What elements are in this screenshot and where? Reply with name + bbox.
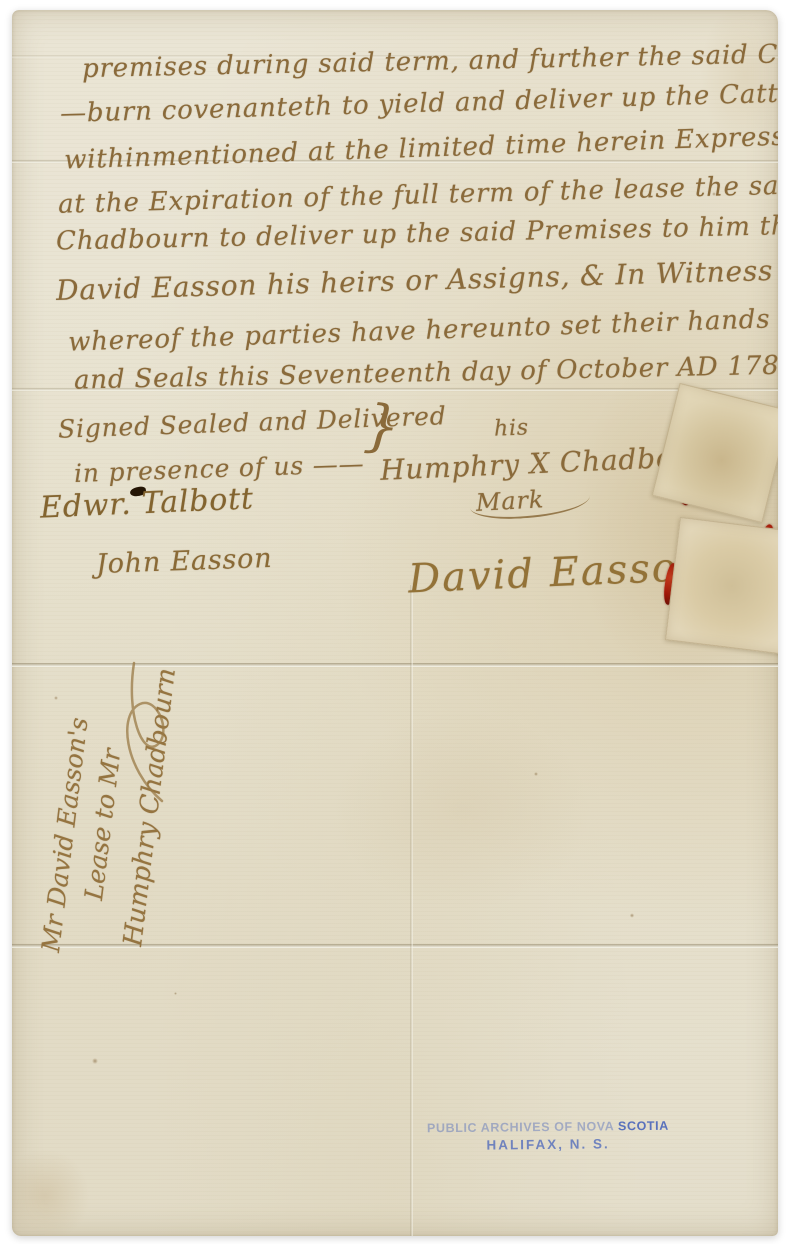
attestation-brace: } [362, 393, 402, 460]
docket-rotated-block: Mr David Easson's Lease to Mr Humphry Ch… [26, 656, 176, 956]
document-paper: premises during said term, and further t… [12, 10, 778, 1236]
paper-stain [332, 710, 592, 910]
scan-background: { "document_type": "manuscript-lease-pag… [0, 0, 792, 1244]
fold-crease-vertical [410, 585, 413, 1236]
foxing-speck [630, 913, 634, 918]
paper-wafer-seal-lower [665, 517, 778, 655]
archives-stamp: PUBLIC ARCHIVES OF NOVA SCOTIA HALIFAX, … [420, 1119, 676, 1154]
stamp-line1: PUBLIC ARCHIVES OF NOVA SCOTIA [420, 1119, 676, 1136]
manuscript-line: withinmentioned at the limited time here… [64, 118, 778, 175]
manuscript-line: at the Expiration of the full term of th… [58, 170, 778, 220]
witness-signature-talbott: Edwr. Talbott [39, 481, 254, 525]
manuscript-line: —burn covenanteth to yield and deliver u… [60, 77, 778, 129]
paper-stain [12, 1148, 90, 1236]
manuscript-line: premises during said term, and further t… [82, 38, 778, 84]
stamp-line1-faint: PUBLIC ARCHIVES OF NOVA [427, 1119, 618, 1135]
stamp-line2: HALIFAX, N. S. [420, 1136, 676, 1154]
manuscript-line: whereof the parties have hereunto set th… [68, 304, 771, 357]
his-mark-label-bottom: Mark [469, 483, 591, 521]
stamp-line1-bold: SCOTIA [618, 1119, 669, 1134]
david-easson-signature: David Easson [407, 544, 706, 603]
manuscript-line: David Easson his heirs or Assigns, & In … [56, 254, 774, 307]
foxing-speck [174, 992, 177, 995]
paper-wafer-seal-upper [652, 383, 778, 523]
foxing-speck [92, 1058, 98, 1064]
his-mark-label-top: his [494, 415, 530, 441]
pen-flourish [118, 656, 176, 806]
docket-inscription: Mr David Easson's Lease to Mr Humphry Ch… [26, 656, 178, 958]
foxing-speck [534, 772, 538, 776]
witness-signature-john-easson: John Easson [96, 543, 273, 580]
